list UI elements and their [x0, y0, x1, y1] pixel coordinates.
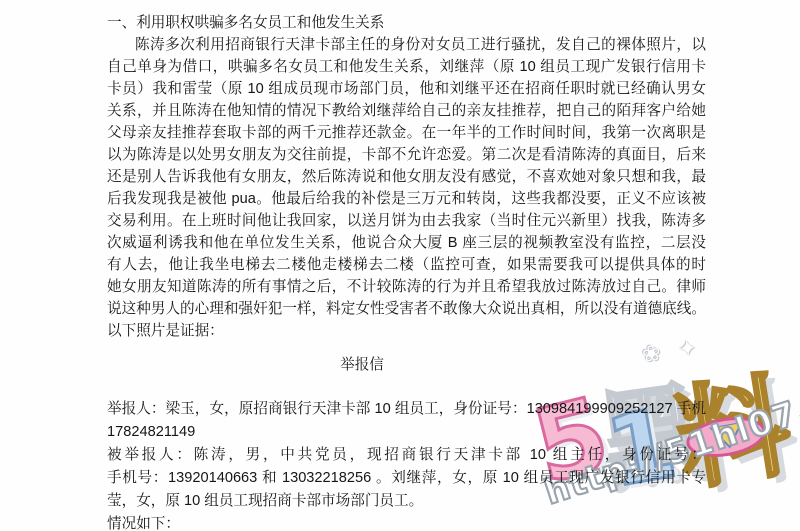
body-line: 以为陈涛是以处男女朋友为交往前提，卡部不允许恋爱。第二次是看清陈涛的真面目，后来: [107, 144, 706, 166]
body-line: 后我发现我是被他 pua。他最后给我的补偿是三万元和转岗，这些我都没要，正义不应…: [107, 188, 706, 210]
body-line: 还是别人告诉我他有女朋友，然后陈涛说和他女朋友没有感觉，不喜欢她对象只想和我，最: [107, 166, 706, 188]
accused-cont-line: 莹，女，原 10 组员工现招商卡部市场部门员工。: [107, 490, 706, 513]
body-line: 交易利用。在上班时间他让我回家，以送月饼为由去我家（当时住元兴新里）找我，陈涛多: [107, 210, 706, 232]
watermark-triangle-outline-icon: [709, 422, 747, 452]
reporter-phone-line: 17824821149: [107, 421, 706, 444]
document-content: 一、利用职权哄骗多名女员工和他发生关系 陈涛多次利用招商银行天津卡部主任的身份对…: [107, 12, 706, 531]
situation-label-line: 情况如下：: [107, 513, 706, 531]
letter-title: 举报信: [107, 354, 617, 376]
watermark-triangle-icon: [712, 423, 743, 448]
body-line: 她女朋友知道陈涛的所有事情之后，不计较陈涛的行为并且希望我放过陈涛放过自己。律师: [107, 276, 706, 298]
body-line: 父母亲友挂推荐套取卡部的两千元推荐还款金。在一年半的工作时间时间，我第一次离职是: [107, 122, 706, 144]
report-info-block: 举报人：梁玉，女，原招商银行天津卡部 10 组员工，身份证号：130984199…: [107, 398, 706, 531]
accused-phone-line: 手机号：13920140663 和 13032218256 。刘继萍，女，原 1…: [107, 467, 706, 490]
accused-line: 被举报人：陈涛，男，中共党员，现招商银行天津卡部 10 组主任，身份证号：130…: [107, 444, 706, 467]
body-line: 说这种男人的心理和强奸犯一样，料定女性受害者不敢像大众说出真相，所以没有道德底线…: [107, 298, 706, 320]
body-line: 陈涛多次利用招商银行天津卡部主任的身份对女员工进行骚扰，发自己的裸体照片，以: [107, 34, 706, 56]
document-page: ❀ ✦ 黑 料 5 1 http://51hl07.com 一、利用职权哄骗多名…: [0, 0, 800, 531]
body-line: 关系，并且陈涛在他知情的情况下教给刘继萍给自己的亲友挂推荐，把自己的陌拜客户给她: [107, 100, 706, 122]
body-line: 自己单身为借口，哄骗多名女员工和他发生关系，刘继萍（原 10 组员工现广发银行信…: [107, 56, 706, 78]
reporter-line: 举报人：梁玉，女，原招商银行天津卡部 10 组员工，身份证号：130984199…: [107, 398, 706, 421]
section-heading: 一、利用职权哄骗多名女员工和他发生关系: [107, 12, 706, 34]
body-line: 次威逼利诱我和他在单位发生关系，他说合众大厦 B 座三层的视频教室没有监控，二层…: [107, 232, 706, 254]
body-line: 卡员）我和雷莹（原 10 组成员现市场部门员，他和刘继平还在招商任职时就已经确认…: [107, 78, 706, 100]
body-line: 有人去，他让我坐电梯去二楼他走楼梯去二楼（监控可查，如果需要我可以提供具体的时间…: [107, 254, 706, 276]
body-paragraph: 陈涛多次利用招商银行天津卡部主任的身份对女员工进行骚扰，发自己的裸体照片，以 自…: [107, 34, 706, 342]
evidence-note-line: 以下照片是证据：: [107, 320, 706, 342]
